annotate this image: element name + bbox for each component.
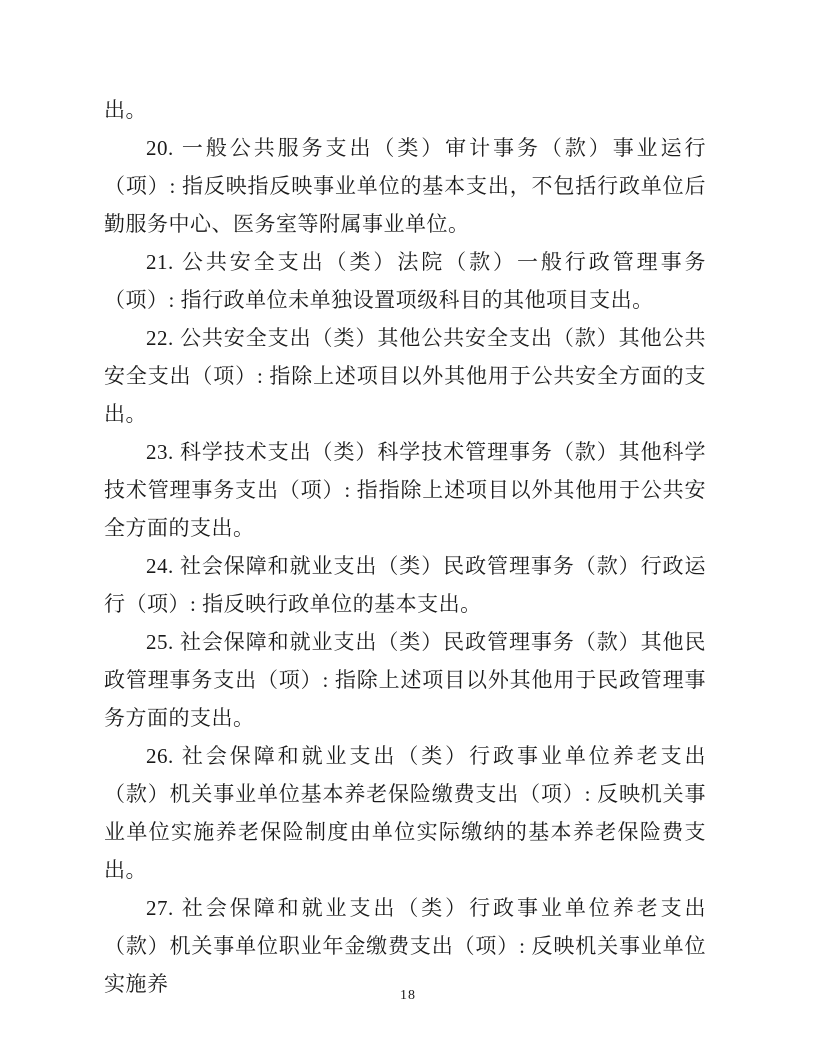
paragraph-continuation: 出。 — [104, 91, 706, 129]
paragraph-item-24: 24. 社会保障和就业支出（类）民政管理事务（款）行政运行（项）: 指反映行政单… — [104, 547, 706, 623]
page-number: 18 — [0, 986, 816, 1006]
document-body: 出。 20. 一般公共服务支出（类）审计事务（款）事业运行（项）: 指反映指反映… — [104, 91, 706, 1003]
paragraph-item-20: 20. 一般公共服务支出（类）审计事务（款）事业运行（项）: 指反映指反映事业单… — [104, 129, 706, 243]
paragraph-item-26: 26. 社会保障和就业支出（类）行政事业单位养老支出（款）机关事业单位基本养老保… — [104, 737, 706, 889]
paragraph-item-21: 21. 公共安全支出（类）法院（款）一般行政管理事务（项）: 指行政单位未单独设… — [104, 243, 706, 319]
paragraph-item-23: 23. 科学技术支出（类）科学技术管理事务（款）其他科学技术管理事务支出（项）:… — [104, 433, 706, 547]
paragraph-item-25: 25. 社会保障和就业支出（类）民政管理事务（款）其他民政管理事务支出（项）: … — [104, 623, 706, 737]
document-page: 出。 20. 一般公共服务支出（类）审计事务（款）事业运行（项）: 指反映指反映… — [0, 0, 816, 1056]
paragraph-item-22: 22. 公共安全支出（类）其他公共安全支出（款）其他公共安全支出（项）: 指除上… — [104, 319, 706, 433]
